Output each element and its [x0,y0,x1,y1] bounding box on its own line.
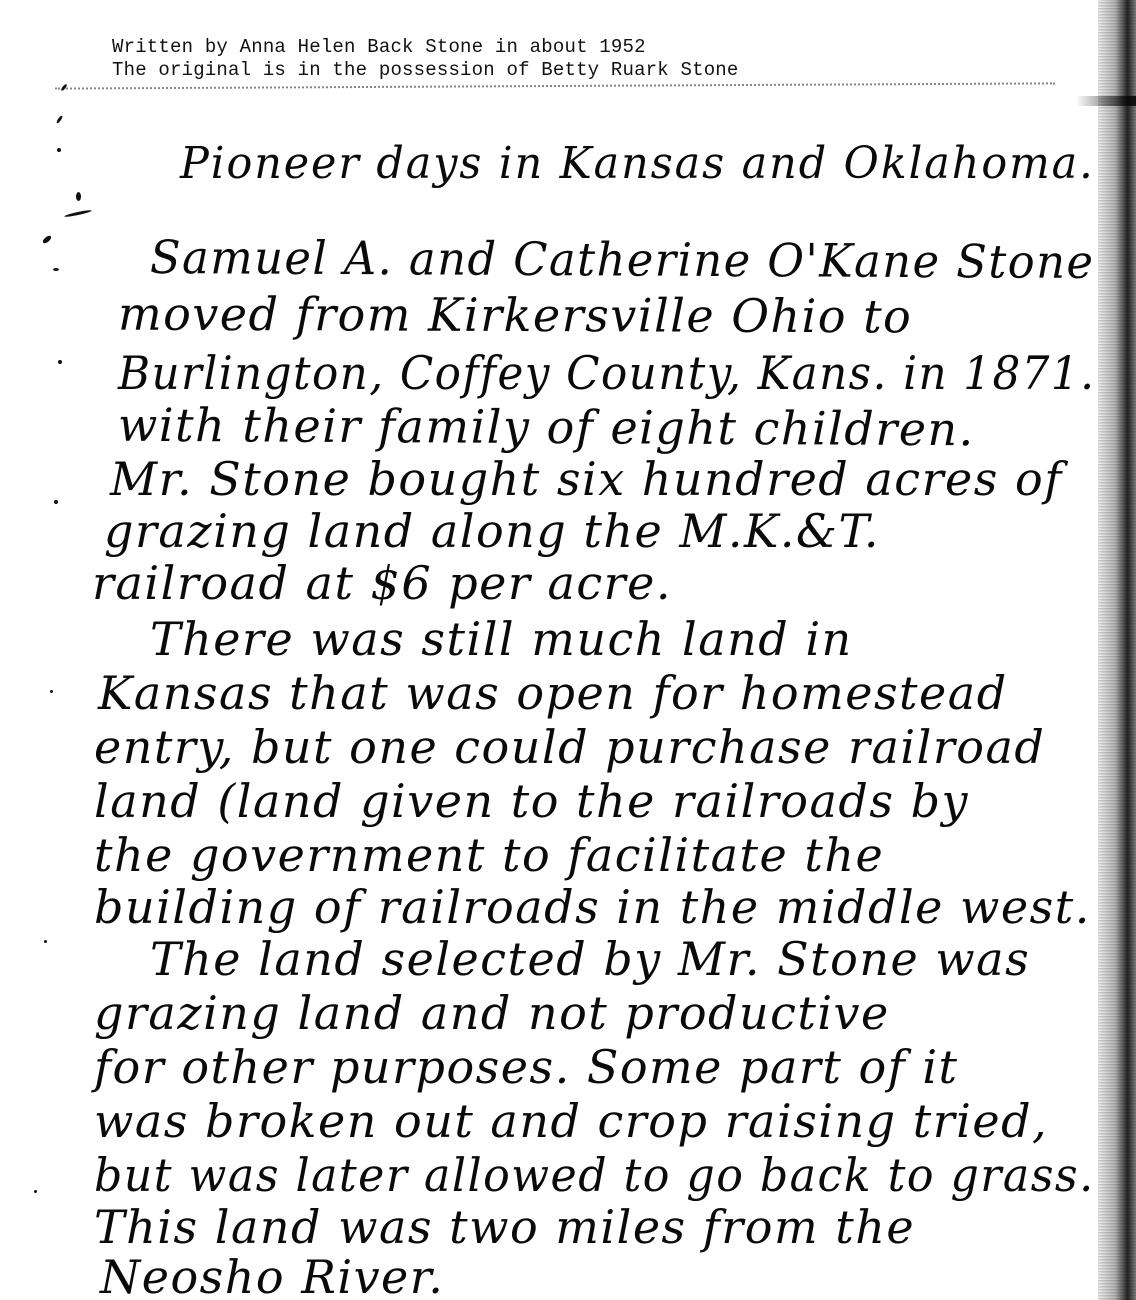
scan-speck [44,940,47,943]
scan-speck [53,268,59,271]
scan-edge-smudge [1076,96,1136,106]
scan-speck [56,115,64,124]
manuscript-line: with their family of eight children. [118,398,975,456]
manuscript-line: The land selected by Mr. Stone was [150,932,1030,986]
manuscript-line: Neosho River. [100,1250,444,1300]
manuscript-title: Pioneer days in Kansas and Oklahoma. [180,138,1095,189]
scan-speck [34,1190,37,1193]
manuscript-line: This land was two miles from the [94,1200,915,1254]
typed-header-possession-line: The original is in the possession of Bet… [112,59,739,81]
manuscript-line: building of railroads in the middle west… [94,880,1091,934]
typed-header-author-line: Written by Anna Helen Back Stone in abou… [112,36,646,58]
scanned-document-page: Written by Anna Helen Back Stone in abou… [0,0,1136,1300]
manuscript-line: Burlington, Coffey County, Kans. in 1871… [118,346,1095,400]
manuscript-line: railroad at $6 per acre. [92,556,672,610]
scan-speck [42,234,53,244]
manuscript-line: moved from Kirkersville Ohio to [118,287,913,344]
manuscript-line: entry, but one could purchase railroad [94,720,1045,774]
manuscript-line: was broken out and crop raising tried, [94,1094,1048,1148]
manuscript-line: Mr. Stone bought six hundred acres of [110,452,1063,506]
manuscript-line: land (land given to the railroads by [94,774,969,828]
manuscript-line: the government to facilitate the [94,828,884,882]
scan-edge-shadow [1098,0,1136,1300]
scan-speck [76,192,81,201]
manuscript-line: grazing land along the M.K.&T. [104,504,880,558]
manuscript-line: for other purposes. Some part of it [94,1040,959,1094]
scan-speck [50,690,53,693]
manuscript-line: grazing land and not productive [94,986,890,1040]
scan-divider-line [55,82,1055,89]
scan-speck [58,360,62,364]
scan-speck [64,209,92,218]
scan-speck [57,148,61,152]
scan-speck [54,500,58,504]
manuscript-line: Samuel A. and Catherine O'Kane Stone [150,230,1095,289]
manuscript-line: There was still much land in [150,612,853,666]
manuscript-line: Kansas that was open for homestead [98,666,1008,720]
manuscript-line: but was later allowed to go back to gras… [94,1148,1095,1202]
